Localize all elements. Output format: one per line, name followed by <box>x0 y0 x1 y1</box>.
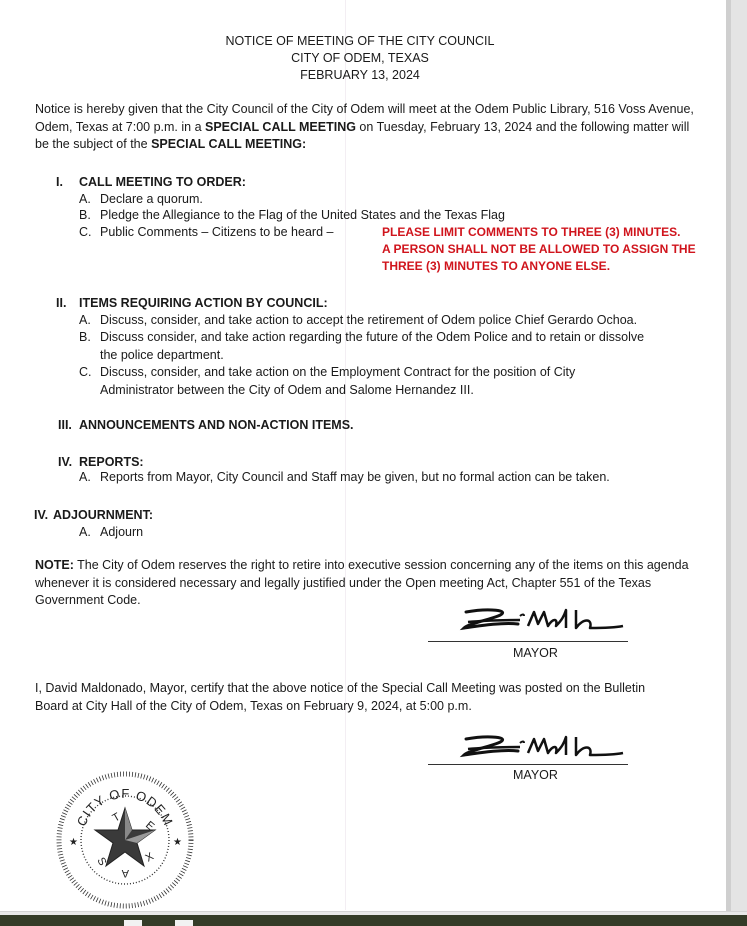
executive-session-note: NOTE: The City of Odem reserves the righ… <box>35 557 700 610</box>
signature-line <box>428 641 628 642</box>
vertical-scrollbar[interactable] <box>726 0 747 914</box>
svg-text:A: A <box>121 867 129 879</box>
agenda-item: C.Discuss, consider, and take action on … <box>79 365 575 379</box>
agenda-item: B.Discuss consider, and take action rega… <box>79 330 644 344</box>
public-comment-notice: PLEASE LIMIT COMMENTS TO THREE (3) MINUT… <box>382 224 696 275</box>
svg-text:X: X <box>144 850 157 864</box>
city-seal: CITY OF ODEM T E X A S ★ ★ <box>55 770 195 910</box>
section-2-heading: II.ITEMS REQUIRING ACTION BY COUNCIL: <box>56 296 328 310</box>
agenda-item-continued: Administrator between the City of Odem a… <box>100 383 474 397</box>
agenda-item-continued: the police department. <box>100 348 224 362</box>
signature-title: MAYOR <box>513 768 558 782</box>
section-1-heading: I.CALL MEETING TO ORDER: <box>56 175 246 189</box>
taskbar-app-icon[interactable] <box>175 920 193 926</box>
adjournment-heading: IV.ADJOURNMENT: <box>34 508 153 522</box>
document-page: NOTICE OF MEETING OF THE CITY COUNCIL CI… <box>0 0 726 914</box>
section-3-heading: III.ANNOUNCEMENTS AND NON-ACTION ITEMS. <box>58 418 354 432</box>
meeting-date: FEBRUARY 13, 2024 <box>0 67 720 84</box>
agenda-item: B.Pledge the Allegiance to the Flag of t… <box>79 208 505 222</box>
agenda-item: A.Declare a quorum. <box>79 192 203 206</box>
section-4-heading: IV.REPORTS: <box>58 455 144 469</box>
taskbar-app-icon[interactable] <box>124 920 142 926</box>
posting-certification: I, David Maldonado, Mayor, certify that … <box>35 680 675 715</box>
agenda-item: C.Public Comments – Citizens to be heard… <box>79 225 333 239</box>
mayor-signature <box>458 606 628 636</box>
svg-text:★: ★ <box>173 837 182 848</box>
agenda-item: A.Adjourn <box>79 525 143 539</box>
notice-title: NOTICE OF MEETING OF THE CITY COUNCIL <box>0 33 720 50</box>
taskbar <box>0 915 747 926</box>
mayor-signature <box>458 733 628 763</box>
svg-text:★: ★ <box>69 837 78 848</box>
signature-line <box>428 764 628 765</box>
signature-title: MAYOR <box>513 646 558 660</box>
intro-paragraph: Notice is hereby given that the City Cou… <box>35 101 695 154</box>
agenda-item: A.Reports from Mayor, City Council and S… <box>79 470 610 484</box>
agenda-item: A.Discuss, consider, and take action to … <box>79 313 637 327</box>
city-name: CITY OF ODEM, TEXAS <box>0 50 720 67</box>
